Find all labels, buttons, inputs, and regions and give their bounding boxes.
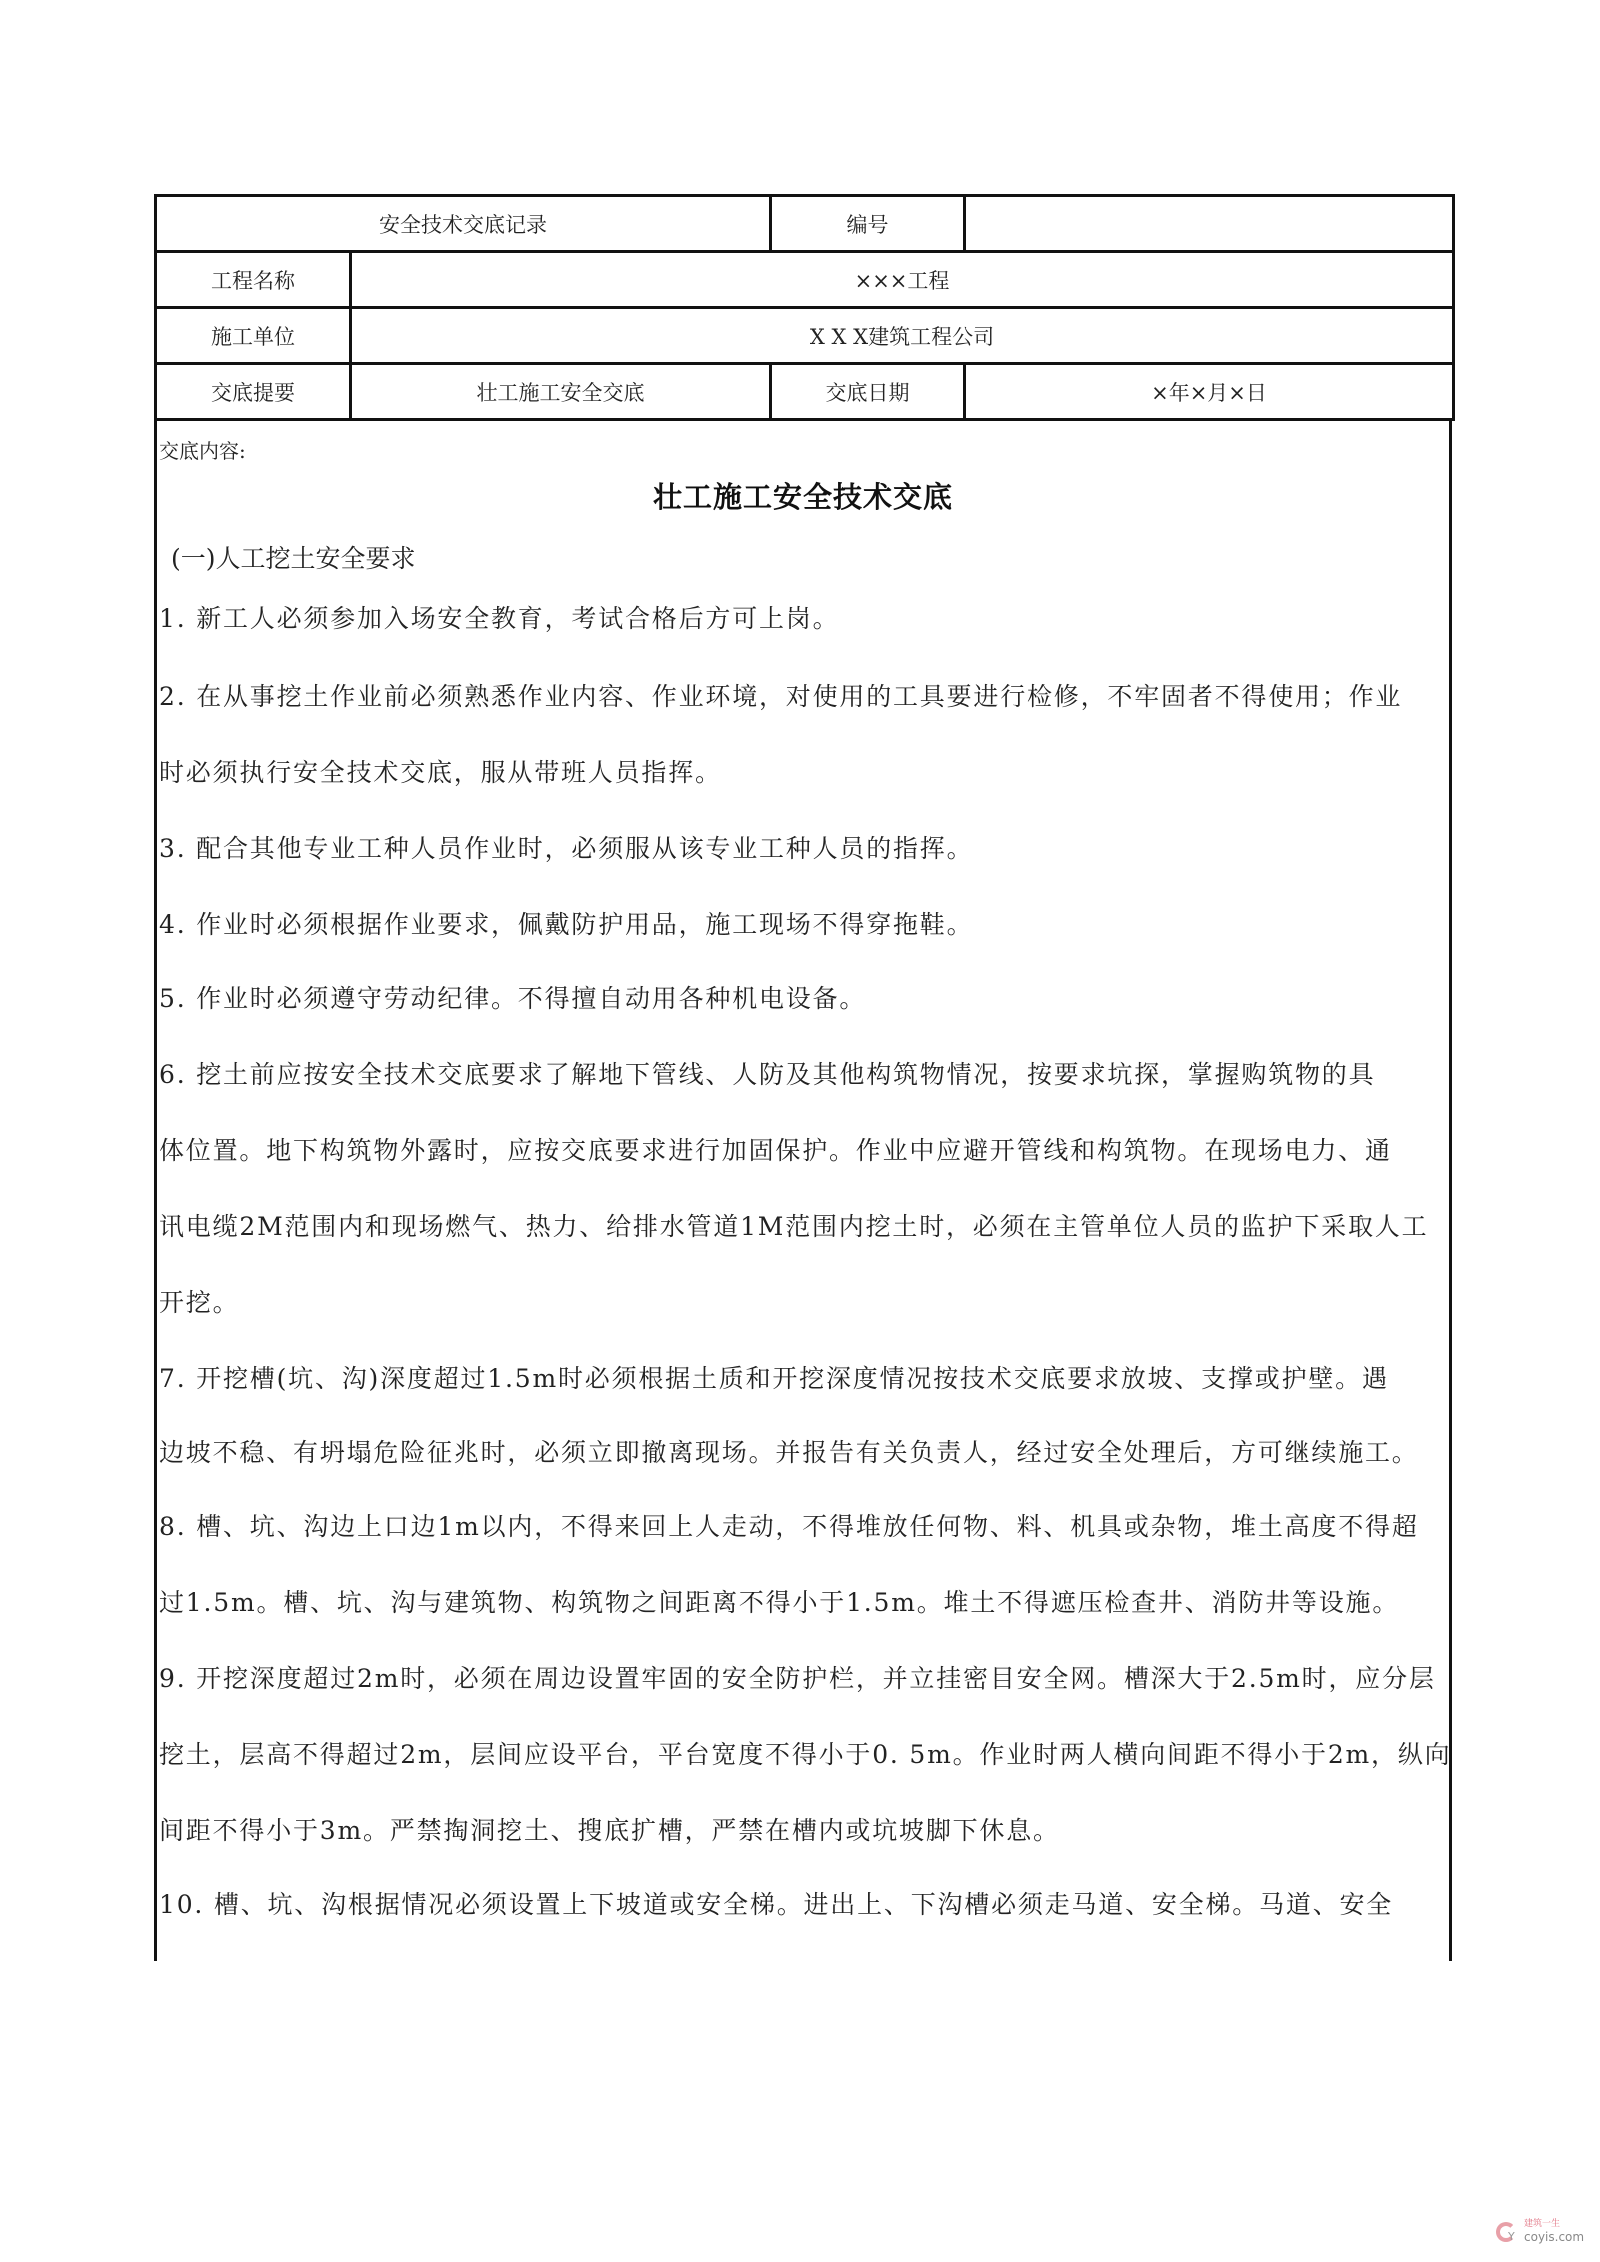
header-row-title: 安全技术交底记录 编号 bbox=[156, 196, 1454, 252]
briefing-content: 交底内容: 壮工施工安全技术交底 (一)人工挖土安全要求 1. 新工人必须参加入… bbox=[154, 421, 1452, 1961]
contractor-label: 施工单位 bbox=[156, 308, 351, 364]
watermark-domain: coyis.com bbox=[1524, 2230, 1584, 2244]
content-line: 挖土，层高不得超过2m，层间应设平台，平台宽度不得小于0. 5m。作业时两人横向… bbox=[159, 1719, 1449, 1791]
content-label: 交底内容: bbox=[159, 435, 246, 464]
record-header-table: 安全技术交底记录 编号 工程名称 ×××工程 施工单位 X X X建筑工程公司 … bbox=[154, 194, 1455, 421]
content-line: 5. 作业时必须遵守劳动纪律。不得擅自动用各种机电设备。 bbox=[159, 963, 1449, 1035]
content-line: 间距不得小于3m。严禁掏洞挖土、搜底扩槽，严禁在槽内或坑坡脚下休息。 bbox=[159, 1795, 1449, 1867]
number-label: 编号 bbox=[771, 196, 965, 252]
section-heading: (一)人工挖土安全要求 bbox=[171, 539, 416, 575]
content-line: 8. 槽、坑、沟边上口边1m以内，不得来回上人走动，不得堆放任何物、料、机具或杂… bbox=[159, 1491, 1449, 1563]
content-line: 6. 挖土前应按安全技术交底要求了解地下管线、人防及其他构筑物情况，按要求坑探，… bbox=[159, 1039, 1449, 1111]
content-line: 时必须执行安全技术交底，服从带班人员指挥。 bbox=[159, 737, 1449, 809]
watermark-cn-text: 建筑一生 bbox=[1524, 2216, 1560, 2229]
date-value: ×年×月×日 bbox=[965, 364, 1454, 420]
contractor-value: X X X建筑工程公司 bbox=[351, 308, 1454, 364]
content-line: 7. 开挖槽(坑、沟)深度超过1.5m时必须根据土质和开挖深度情况按技术交底要求… bbox=[159, 1343, 1449, 1415]
date-label: 交底日期 bbox=[771, 364, 965, 420]
summary-label: 交底提要 bbox=[156, 364, 351, 420]
watermark-logo-letter: Y bbox=[1508, 2230, 1515, 2243]
document-title: 壮工施工安全技术交底 bbox=[157, 475, 1449, 516]
content-line: 体位置。地下构筑物外露时，应按交底要求进行加固保护。作业中应避开管线和构筑物。在… bbox=[159, 1115, 1449, 1187]
header-row-project: 工程名称 ×××工程 bbox=[156, 252, 1454, 308]
content-line: 4. 作业时必须根据作业要求，佩戴防护用品，施工现场不得穿拖鞋。 bbox=[159, 889, 1449, 961]
content-line: 过1.5m。槽、坑、沟与建筑物、构筑物之间距离不得小于1.5m。堆土不得遮压检查… bbox=[159, 1567, 1449, 1639]
content-line: 3. 配合其他专业工种人员作业时，必须服从该专业工种人员的指挥。 bbox=[159, 813, 1449, 885]
project-name-value: ×××工程 bbox=[351, 252, 1454, 308]
project-name-label: 工程名称 bbox=[156, 252, 351, 308]
content-line: 10. 槽、坑、沟根据情况必须设置上下坡道或安全梯。进出上、下沟槽必须走马道、安… bbox=[159, 1869, 1449, 1941]
content-line: 9. 开挖深度超过2m时，必须在周边设置牢固的安全防护栏，并立挂密目安全网。槽深… bbox=[159, 1643, 1449, 1715]
content-line: 1. 新工人必须参加入场安全教育，考试合格后方可上岗。 bbox=[159, 583, 1449, 655]
record-title: 安全技术交底记录 bbox=[156, 196, 771, 252]
header-row-contractor: 施工单位 X X X建筑工程公司 bbox=[156, 308, 1454, 364]
header-row-summary: 交底提要 壮工施工安全交底 交底日期 ×年×月×日 bbox=[156, 364, 1454, 420]
content-line: 边坡不稳、有坍塌危险征兆时，必须立即撤离现场。并报告有关负责人，经过安全处理后，… bbox=[159, 1417, 1449, 1489]
number-value bbox=[965, 196, 1454, 252]
safety-briefing-record: 安全技术交底记录 编号 工程名称 ×××工程 施工单位 X X X建筑工程公司 … bbox=[154, 194, 1452, 1961]
content-line: 讯电缆2M范围内和现场燃气、热力、给排水管道1M范围内挖土时，必须在主管单位人员… bbox=[159, 1191, 1449, 1263]
content-line: 开挖。 bbox=[159, 1267, 1449, 1339]
site-watermark: Y 建筑一生 coyis.com bbox=[1496, 2216, 1586, 2252]
summary-value: 壮工施工安全交底 bbox=[351, 364, 771, 420]
content-line: 2. 在从事挖土作业前必须熟悉作业内容、作业环境，对使用的工具要进行检修，不牢固… bbox=[159, 661, 1449, 733]
